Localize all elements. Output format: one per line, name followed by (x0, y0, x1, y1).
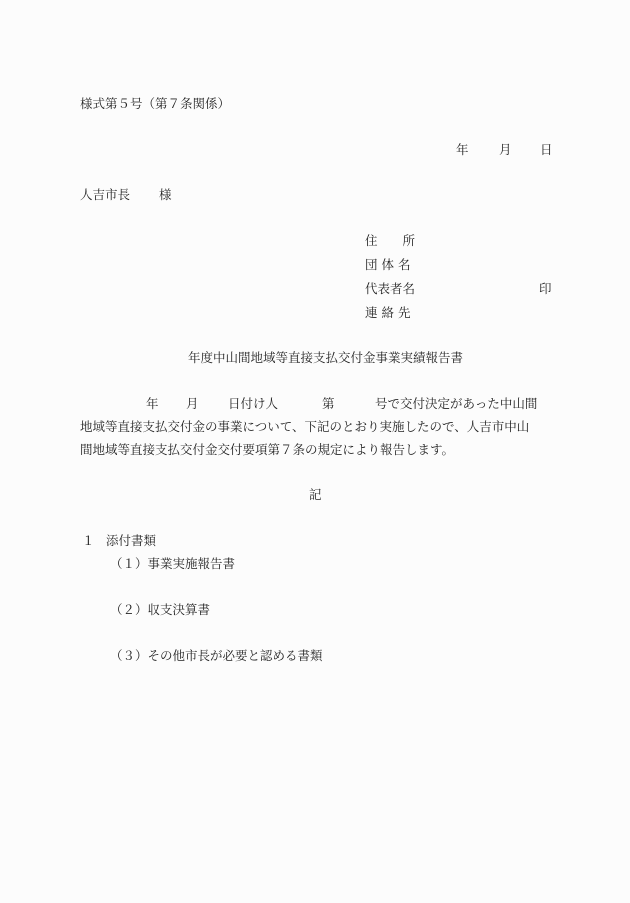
attachment-item: （１）事業実施報告書 (110, 556, 235, 572)
body-day: 日付け人 (228, 396, 278, 412)
body-line3: 間地域等直接支払交付金交付要項第７条の規定により報告します。 (80, 442, 454, 458)
ki-heading: 記 (309, 487, 322, 503)
date-month: 月 (499, 142, 512, 158)
seal-mark: 印 (539, 281, 552, 297)
date-year: 年 (456, 142, 469, 158)
body-year: 年 (146, 396, 159, 412)
representative-label: 代表者名 (365, 281, 415, 297)
body-number: 第 (322, 396, 335, 412)
body-line2: 地域等直接支払交付金の事業について、下記のとおり実施したので、人吉市中山 (80, 419, 529, 435)
addressee-honorific: 様 (159, 187, 172, 203)
document-title: 年度中山間地域等直接支払交付金事業実績報告書 (188, 350, 463, 366)
attachment-item: （２）収支決算書 (110, 602, 210, 618)
section-label: 添付書類 (106, 533, 156, 549)
body-month: 月 (186, 396, 199, 412)
date-day: 日 (540, 142, 553, 158)
addressee-name: 人吉市長 (80, 187, 130, 203)
address-label: 住 所 (365, 233, 415, 249)
form-number: 様式第５号（第７条関係） (80, 96, 230, 112)
attachment-item: （３）その他市長が必要と認める書類 (110, 648, 323, 664)
group-name-label: 団 体 名 (365, 257, 410, 273)
body-line1-rest: 号で交付決定があった中山間 (375, 396, 537, 412)
contact-label: 連 絡 先 (365, 305, 410, 321)
section-number: １ (82, 533, 95, 549)
